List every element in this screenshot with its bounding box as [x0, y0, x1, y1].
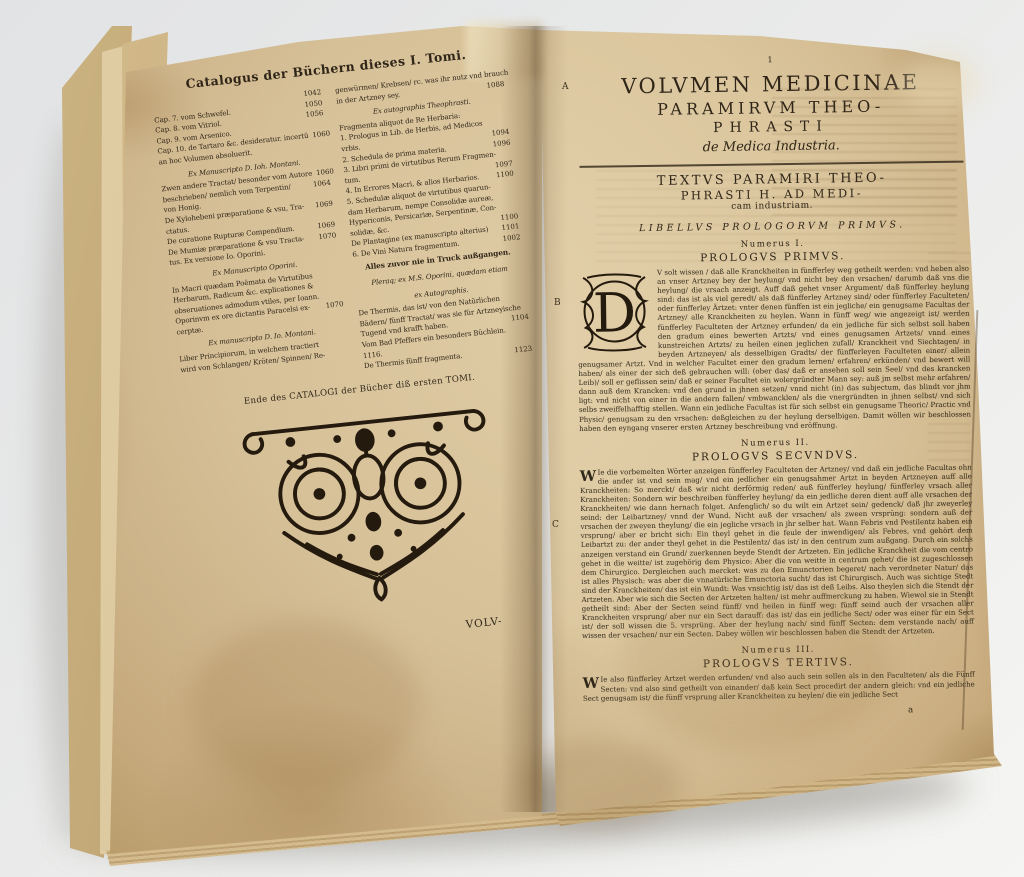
catalog-entry-page-number [343, 337, 348, 348]
horizontal-rule [580, 161, 964, 168]
catalog-entry-label: cerptæ. [176, 325, 204, 338]
catalog-entry-page-number [327, 188, 332, 199]
catalog-entry-page-number [322, 140, 327, 151]
initial-W: W [583, 676, 600, 691]
svg-text:D: D [592, 281, 636, 345]
catalog-entry-page-number [336, 268, 341, 279]
libellus-heading: LIBELLVS PROLOGORVM PRIMVS. [576, 219, 968, 235]
catalog-entry-page-number [330, 209, 335, 220]
title-line-1: VOLVMEN MEDICINAE [574, 70, 966, 99]
catalog-entry-page-number [344, 347, 349, 358]
catalog-entry-page-number [337, 278, 342, 289]
initial-W: W [580, 468, 597, 483]
catalog-column-1: 1042 Cap. 7. vom Schwefel. 1050 Cap. 8. … [153, 87, 351, 391]
title-line-2: PARAMIRVM THEO- [575, 96, 967, 120]
prologus-1-paragraph: D V solt wissen / daß alle Kranckheiten … [577, 265, 971, 434]
catalog-entry-page-number [333, 241, 338, 252]
prologus-2-paragraph: W Ie die vorbemelten Wörter anzeigen fün… [580, 463, 974, 641]
prologus-2-text: Ie die vorbemelten Wörter anzeigen fünff… [580, 463, 974, 640]
catalog-entry-label [153, 105, 154, 116]
ornate-dropcap-D: D [577, 271, 652, 352]
catalog-entry-page-number [320, 119, 325, 130]
prologus-3-paragraph: W Ie also fünfferley Artzet werden erfun… [583, 671, 975, 704]
title-line-3: PHRASTI [575, 117, 967, 138]
catalog-entry-page-number [340, 310, 345, 321]
photo-of-open-antique-book: Catalogus der Büchern dieses I. Tomi. 10… [0, 0, 1024, 877]
right-page-content: 1 VOLVMEN MEDICINAE PARAMIRVM THEO- PHRA… [574, 53, 975, 720]
title-subtitle: de Medica Industria. [575, 137, 967, 157]
prologus-3-text: Ie also fünfferley Artzet werden erfunde… [583, 671, 975, 703]
gutter-shadow [500, 26, 568, 812]
catalog-entry-page-number [338, 289, 343, 300]
woodcut-tailpiece-ornament [237, 393, 506, 614]
